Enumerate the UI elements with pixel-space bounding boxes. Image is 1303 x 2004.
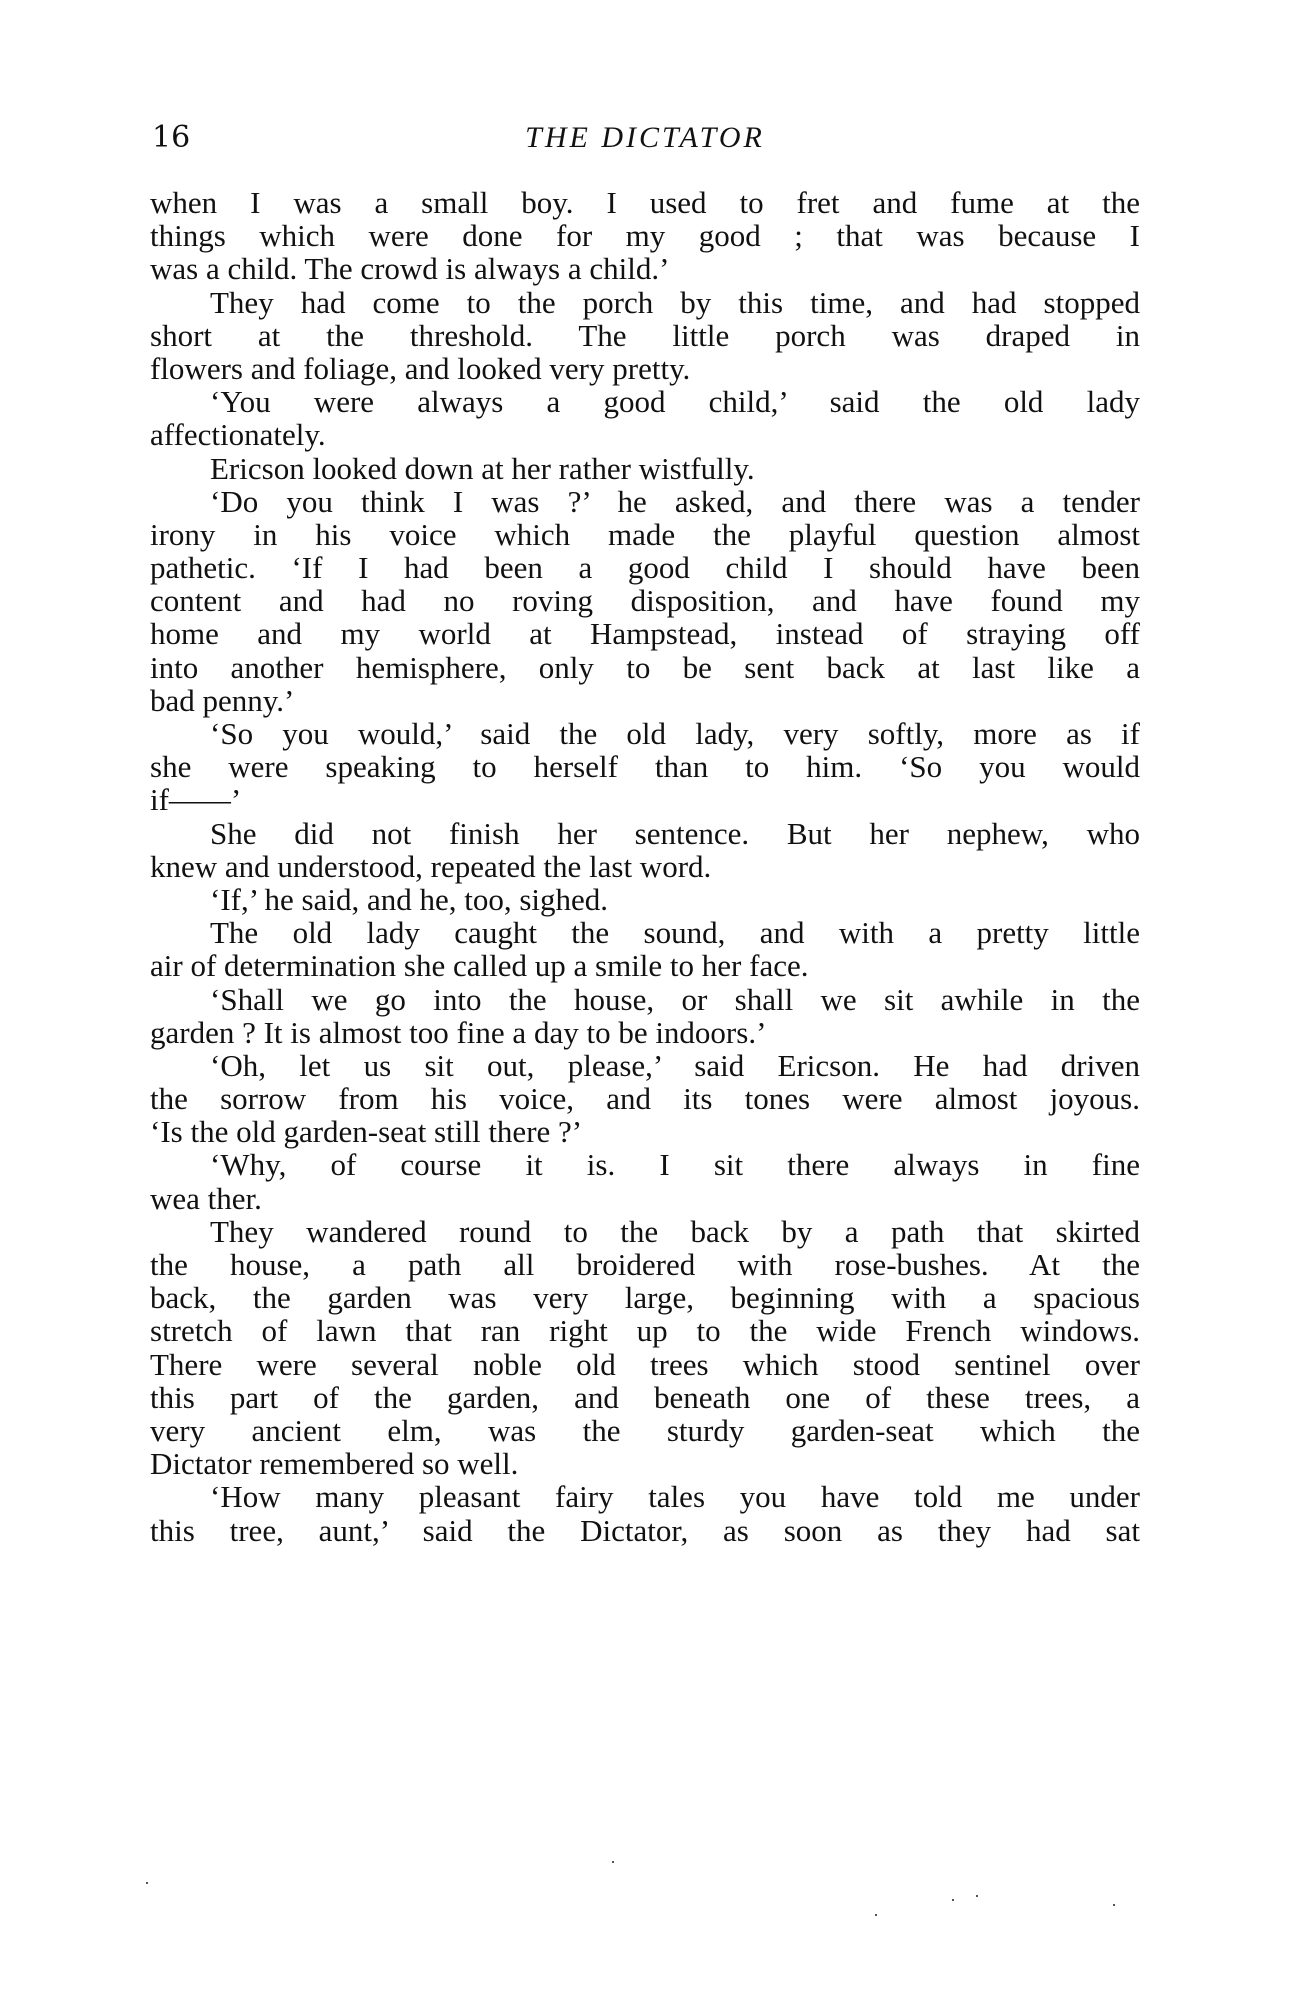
text-line: affectionately.	[150, 418, 1140, 451]
text-line: There were several noble old trees which…	[150, 1348, 1140, 1381]
text-line: very ancient elm, was the sturdy garden-…	[150, 1414, 1140, 1447]
text-line: this part of the garden, and beneath one…	[150, 1381, 1140, 1414]
paper-speck	[612, 1861, 614, 1863]
paper-speck	[952, 1899, 954, 1901]
text-line: They wandered round to the back by a pat…	[150, 1215, 1140, 1248]
text-line: bad penny.’	[150, 684, 1140, 717]
text-line: air of determination she called up a smi…	[150, 949, 1140, 982]
text-line: stretch of lawn that ran right up to the…	[150, 1314, 1140, 1347]
text-line: short at the threshold. The little porch…	[150, 319, 1140, 352]
text-line: this tree, aunt,’ said the Dictator, as …	[150, 1514, 1140, 1547]
paper-speck	[976, 1895, 978, 1897]
text-line: flowers and foliage, and looked very pre…	[150, 352, 1140, 385]
text-line: ‘So you would,’ said the old lady, very …	[150, 717, 1140, 750]
text-line: ‘Is the old garden-seat still there ?’	[150, 1115, 1140, 1148]
book-page: 16 THE DICTATOR when I was a small boy. …	[0, 0, 1303, 2004]
body-text: when I was a small boy. I used to fret a…	[150, 186, 1140, 1547]
text-line: she were speaking to herself than to him…	[150, 750, 1140, 783]
text-line: ‘Oh, let us sit out, please,’ said Erics…	[150, 1049, 1140, 1082]
text-line: They had come to the porch by this time,…	[150, 286, 1140, 319]
text-line: home and my world at Hampstead, instead …	[150, 617, 1140, 650]
text-line: pathetic. ‘If I had been a good child I …	[150, 551, 1140, 584]
text-line: ‘If,’ he said, and he, too, sighed.	[150, 883, 1140, 916]
text-line: content and had no roving disposition, a…	[150, 584, 1140, 617]
text-line: was a child. The crowd is always a child…	[150, 252, 1140, 285]
paper-speck	[1113, 1904, 1115, 1906]
text-line: ‘How many pleasant fairy tales you have …	[150, 1480, 1140, 1513]
text-line: if——’	[150, 783, 1140, 816]
text-line: garden ? It is almost too fine a day to …	[150, 1016, 1140, 1049]
text-line: The old lady caught the sound, and with …	[150, 916, 1140, 949]
text-line: knew and understood, repeated the last w…	[150, 850, 1140, 883]
text-line: the sorrow from his voice, and its tones…	[150, 1082, 1140, 1115]
text-line: ‘You were always a good child,’ said the…	[150, 385, 1140, 418]
text-line: Dictator remembered so well.	[150, 1447, 1140, 1480]
text-line: ‘Do you think I was ?’ he asked, and the…	[150, 485, 1140, 518]
text-line: wea ther.	[150, 1182, 1140, 1215]
text-line: back, the garden was very large, beginni…	[150, 1281, 1140, 1314]
text-line: into another hemisphere, only to be sent…	[150, 651, 1140, 684]
paper-speck	[875, 1914, 877, 1916]
text-line: She did not finish her sentence. But her…	[150, 817, 1140, 850]
page-header: 16 THE DICTATOR	[150, 118, 1140, 158]
text-line: Ericson looked down at her rather wistfu…	[150, 452, 1140, 485]
text-line: things which were done for my good ; tha…	[150, 219, 1140, 252]
text-line: when I was a small boy. I used to fret a…	[150, 186, 1140, 219]
text-line: ‘Shall we go into the house, or shall we…	[150, 983, 1140, 1016]
text-line: irony in his voice which made the playfu…	[150, 518, 1140, 551]
paper-speck	[146, 1882, 148, 1884]
text-line: ‘Why, of course it is. I sit there alway…	[150, 1148, 1140, 1181]
running-title: THE DICTATOR	[150, 118, 1140, 158]
text-line: the house, a path all broidered with ros…	[150, 1248, 1140, 1281]
